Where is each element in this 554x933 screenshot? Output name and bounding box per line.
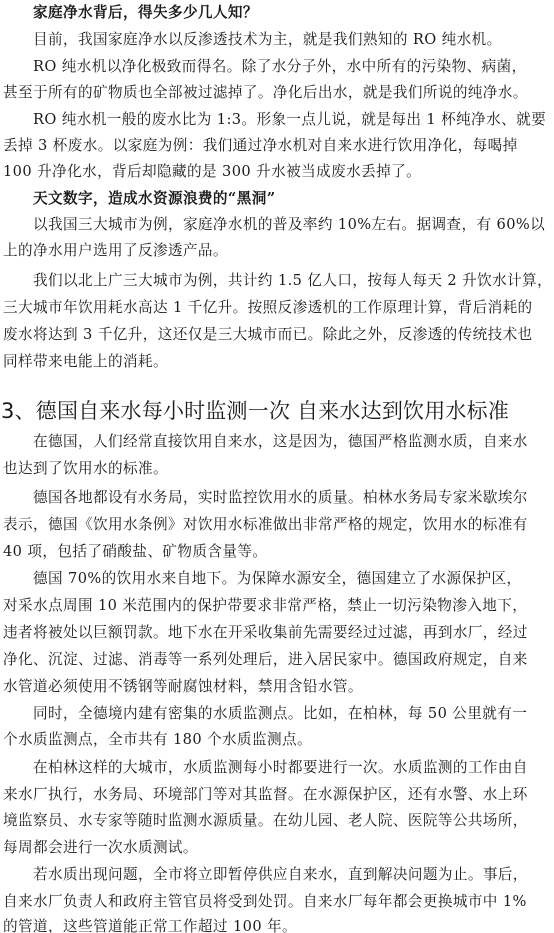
paragraph-line: 我们以北上广三大城市为例，共计约 1.5 亿人口，按每人每天 2 升饮水计算，: [33, 271, 551, 291]
paragraph-line: 目前，我国家庭净水以反渗透技术为主，就是我们熟知的 RO 纯水机。: [33, 30, 551, 50]
paragraph-line: 自来水厂负责人和政府主管官员将受到处罚。自来水厂每年都会更换城市中 1%: [3, 892, 551, 912]
paragraph-line: 的管道，这些管道能正常工作超过 100 年。: [3, 917, 551, 933]
paragraph-line: 水管道必须使用不锈钢等耐腐蚀材料，禁用含铅水管。: [3, 677, 551, 697]
section-heading-household-water: 家庭净水背后，得失多少几人知？: [33, 3, 551, 23]
paragraph-line: 个水质监测点，全市共有 180 个水质监测点。: [3, 730, 551, 750]
paragraph-line: 若水质出现问题，全市将立即暂停供应自来水，直到解决问题为止。事后，: [33, 865, 551, 885]
paragraph-line: 德国 70%的饮用水来自地下。为保障水源安全，德国建立了水源保护区，: [33, 569, 551, 589]
paragraph-line: 丢掉 3 杯废水。以家庭为例：我们通过净水机对自来水进行饮用净化，每喝掉: [3, 136, 551, 156]
paragraph-line: RO 纯水机一般的废水比为 1:3。形象一点儿说，就是每出 1 杯纯净水、就要: [33, 110, 551, 130]
section-heading-black-hole: 天文数字，造成水资源浪费的“黑洞”: [33, 189, 551, 209]
paragraph-line: 甚至于所有的矿物质也全部被过滤掉了。净化后出水，就是我们所说的纯净水。: [3, 83, 551, 103]
paragraph-line: 在柏林这样的大城市，水质监测每小时都要进行一次。水质监测的工作由自: [33, 758, 551, 778]
paragraph-line: 违者将被处以巨额罚款。地下水在开采收集前先需要经过过滤，再到水厂，经过: [3, 623, 551, 643]
paragraph-line: 来水厂执行，水务局、环境部门等对其监督。在水源保护区，还有水警、水上环: [3, 785, 551, 805]
paragraph-line: 也达到了饮用水的标准。: [3, 459, 551, 479]
paragraph-line: 同时，全德境内建有密集的水质监测点。比如，在柏林，每 50 公里就有一: [33, 704, 551, 724]
paragraph-line: 上的净水用户选用了反渗透产品。: [3, 241, 551, 261]
paragraph-line: 在德国，人们经常直接饮用自来水，这是因为，德国严格监测水质，自来水: [33, 432, 551, 452]
paragraph-line: 表示，德国《饮用水条例》对饮用水标准做出非常严格的规定，饮用水的标准有: [3, 515, 551, 535]
section-heading-germany: 3、德国自来水每小时监测一次 自来水达到饮用水标准: [1, 398, 509, 424]
paragraph-line: 100 升净化水，背后却隐藏的是 300 升水被当成废水丢掉了。: [3, 162, 551, 182]
paragraph-line: 每周都会进行一次水质测试。: [3, 838, 551, 858]
document-page: 家庭净水背后，得失多少几人知？ 目前，我国家庭净水以反渗透技术为主，就是我们熟知…: [0, 0, 554, 933]
paragraph-line: 40 项，包括了硝酸盐、矿物质含量等。: [3, 542, 551, 562]
paragraph-line: 德国各地都设有水务局，实时监控饮用水的质量。柏林水务局专家米歇埃尔: [33, 488, 551, 508]
paragraph-line: 净化、沉淀、过滤、消毒等一系列处理后，进入居民家中。德国政府规定，自来: [3, 650, 551, 670]
paragraph-line: 对采水点周围 10 米范围内的保护带要求非常严格，禁止一切污染物渗入地下，: [3, 596, 551, 616]
paragraph-line: 以我国三大城市为例，家庭净水机的普及率约 10%左右。据调查，有 60%以: [33, 215, 551, 235]
paragraph-line: 三大城市年饮用耗水高达 1 千亿升。按照反渗透机的工作原理计算，背后消耗的: [3, 298, 551, 318]
paragraph-line: RO 纯水机以净化极致而得名。除了水分子外，水中所有的污染物、病菌，: [33, 57, 551, 77]
paragraph-line: 同样带来电能上的消耗。: [3, 352, 551, 372]
paragraph-line: 废水将达到 3 千亿升，这还仅是三大城市而已。除此之外，反渗透的传统技术也: [3, 325, 551, 345]
paragraph-line: 境监察员、水专家等随时监测水源质量。在幼儿园、老人院、医院等公共场所，: [3, 811, 551, 831]
